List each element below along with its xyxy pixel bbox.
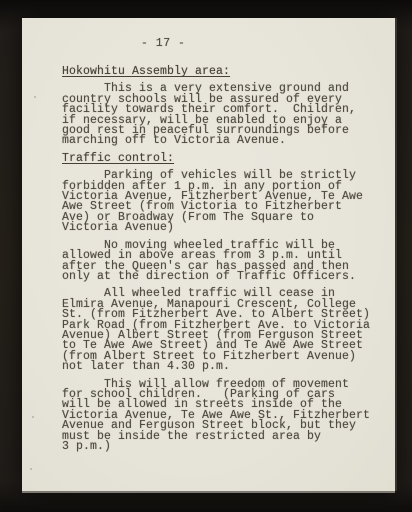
section-heading-traffic-control: Traffic control: — [62, 154, 371, 164]
document-page: - 17 - Hokowhitu Assembly area: This is … — [22, 18, 395, 491]
paper-speck — [32, 416, 34, 418]
paper-speck — [34, 96, 36, 98]
page-number: - 17 - — [141, 38, 371, 50]
paragraph: All wheeled traffic will cease in Elmira… — [62, 289, 371, 372]
paragraph: This will allow freedom of movement for … — [62, 380, 371, 453]
paragraph: No moving wheeled traffic will be allowe… — [62, 241, 371, 283]
paragraph: This is a very extensive ground and coun… — [62, 84, 371, 146]
section-traffic-control: Traffic control: Parking of vehicles wil… — [62, 154, 371, 453]
section-hokowhitu-assembly-area: Hokowhitu Assembly area: This is a very … — [62, 67, 371, 147]
section-heading-hokowhitu: Hokowhitu Assembly area: — [62, 67, 371, 77]
paragraph: Parking of vehicles will be strictly for… — [62, 171, 371, 233]
paper-speck — [30, 468, 32, 470]
